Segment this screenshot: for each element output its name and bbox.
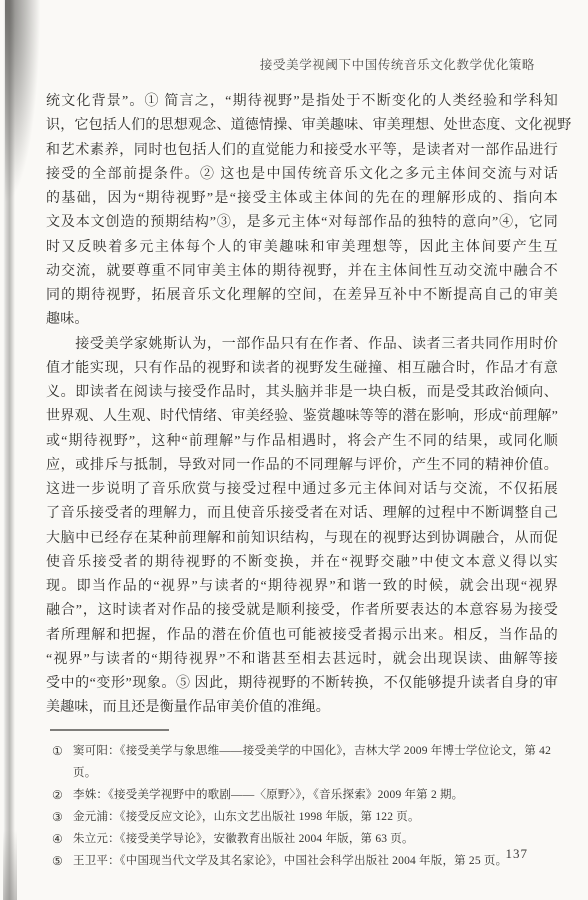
footnote-text: 窦可阳：《接受美学与象思维——接受美学的中国化》，吉林大学 2009 年博士学位… xyxy=(73,740,558,784)
body-line: 现。即当作品的“视界”与读者的“期待视界”和谐一致的时候，就会出现“视界 xyxy=(46,575,558,599)
body-line: 的基础，因为“期待视野”是“接受主体或主体间的先在的理解形成的、指向本 xyxy=(46,187,558,211)
footnote-item: ②李姝：《接受美学视野中的歌剧——〈原野〉》，《音乐探索》2009 年第 2 期… xyxy=(52,784,558,806)
paragraph: 统文化背景”。① 简言之，“期待视野”是指处于不断变化的人类经验和学科知识，它包… xyxy=(46,90,558,333)
body-line: 或“期待视野”，这种“前理解”与作品相遇时，将会产生不同的结果，或同化顺 xyxy=(46,430,558,454)
body-line: 使音乐接受者的期待视野的不断变换，并在“视野交融”中使文本意义得以实 xyxy=(46,551,558,575)
scanned-book-page: 接受美学视阈下中国传统音乐文化教学优化策略 统文化背景”。① 简言之，“期待视野… xyxy=(0,0,588,900)
body-line: 者所理解和把握，作品的潜在价值也可能被接受者揭示出来。相反，当作品的 xyxy=(46,624,558,648)
footnote-number: ① xyxy=(52,740,73,762)
body-line: 受中的“变形”现象。⑤ 因此，期待视野的不断转换，不仅能够提升读者自身的审 xyxy=(46,672,558,696)
running-header: 接受美学视阈下中国传统音乐文化教学优化策略 xyxy=(260,55,535,73)
body-line: 趣味。 xyxy=(46,308,558,332)
body-line: 时又反映着多元主体每个人的审美趣味和审美理想等，因此主体间要产生互 xyxy=(46,236,558,260)
footnote-text: 王卫平：《中国现当代文学及其名家论》，中国社会科学出版社 2004 年版，第 2… xyxy=(73,850,558,872)
body-line: 接受的全部前提条件。② 这也是中国传统音乐文化之多元主体间交流与对话 xyxy=(46,163,558,187)
page-edge-bottom-shadow xyxy=(3,830,17,900)
footnote-item: ③金元浦：《接受反应文论》，山东文艺出版社 1998 年版，第 122 页。 xyxy=(52,806,558,828)
body-line: 应，或排斥与抵制，导致对同一作品的不同理解与评价，产生不同的精神价值。 xyxy=(46,454,558,478)
body-line: 融合”，这时读者对作品的接受就是顺利接受，作者所要表达的本意容易为接受 xyxy=(46,599,558,623)
footnote-item: ①窦可阳：《接受美学与象思维——接受美学的中国化》，吉林大学 2009 年博士学… xyxy=(52,740,558,784)
body-line: “视界”与读者的“期待视界”不和谐甚至相去甚远时，就会出现误读、曲解等接 xyxy=(46,648,558,672)
body-line: 统文化背景”。① 简言之，“期待视野”是指处于不断变化的人类经验和学科知 xyxy=(46,90,558,114)
footnote-separator-rule xyxy=(50,729,169,731)
body-line: 美趣味，而且还是衡量作品审美价值的准绳。 xyxy=(46,696,558,720)
body-line: 世界观、人生观、时代情绪、审美经验、鉴赏趣味等等的潜在影响，形成“前理解” xyxy=(46,405,558,429)
body-line: 这进一步说明了音乐欣赏与接受过程中通过多元主体间对话与交流，不仅拓展 xyxy=(46,478,558,502)
body-text: 统文化背景”。① 简言之，“期待视野”是指处于不断变化的人类经验和学科知识，它包… xyxy=(46,90,558,721)
page-number: 137 xyxy=(506,846,529,862)
body-line: 和艺术素养，同时也包括人们的直觉能力和接受水平等，是读者对一部作品进行 xyxy=(46,139,558,163)
footnote-number: ② xyxy=(52,784,73,806)
footnote-text: 李姝：《接受美学视野中的歌剧——〈原野〉》，《音乐探索》2009 年第 2 期。 xyxy=(73,784,558,806)
footnote-number: ⑤ xyxy=(52,850,73,872)
body-line: 接受美学家姚斯认为，一部作品只有在作者、作品、读者三者共同作用时价 xyxy=(46,333,558,357)
footnote-number: ③ xyxy=(52,806,73,828)
body-line: 同的期待视野，拓展音乐文化理解的空间，在差异互补中不断提高自己的审美 xyxy=(46,284,558,308)
footnote-text: 朱立元：《接受美学导论》，安徽教育出版社 2004 年版，第 63 页。 xyxy=(73,828,558,850)
footnote-item: ⑤王卫平：《中国现当代文学及其名家论》，中国社会科学出版社 2004 年版，第 … xyxy=(52,850,558,872)
body-line: 了音乐接受者的理解力，而且使音乐接受者在对话、理解的过程中不断调整自己 xyxy=(46,502,558,526)
body-line: 大脑中已经存在某种前理解和前知识结构，与现在的视野达到协调融合，从而促 xyxy=(46,527,558,551)
paragraph: 接受美学家姚斯认为，一部作品只有在作者、作品、读者三者共同作用时价值才能实现，只… xyxy=(46,333,558,721)
body-line: 义。即读者在阅读与接受作品时，其头脑并非是一块白板，而是受其政治倾向、 xyxy=(46,381,558,405)
footnote-item: ④朱立元：《接受美学导论》，安徽教育出版社 2004 年版，第 63 页。 xyxy=(52,828,558,850)
footnote-number: ④ xyxy=(52,828,73,850)
body-line: 文及本文创造的预期结构”③，是多元主体“对每部作品的独特的意向”④，它同 xyxy=(46,211,558,235)
body-line: 动交流，就要尊重不同审美主体的期待视野，并在主体间性互动交流中融合不 xyxy=(46,260,558,284)
footnotes: ①窦可阳：《接受美学与象思维——接受美学的中国化》，吉林大学 2009 年博士学… xyxy=(52,740,558,872)
footnote-text: 金元浦：《接受反应文论》，山东文艺出版社 1998 年版，第 122 页。 xyxy=(73,806,558,828)
body-line: 识，它包括人们的思想观念、道德情操、审美趣味、审美理想、处世态度、文化视野 xyxy=(46,114,558,138)
body-line: 值才能实现，只有作品的视野和读者的视野发生碰撞、相互融合时，作品才有意 xyxy=(46,357,558,381)
